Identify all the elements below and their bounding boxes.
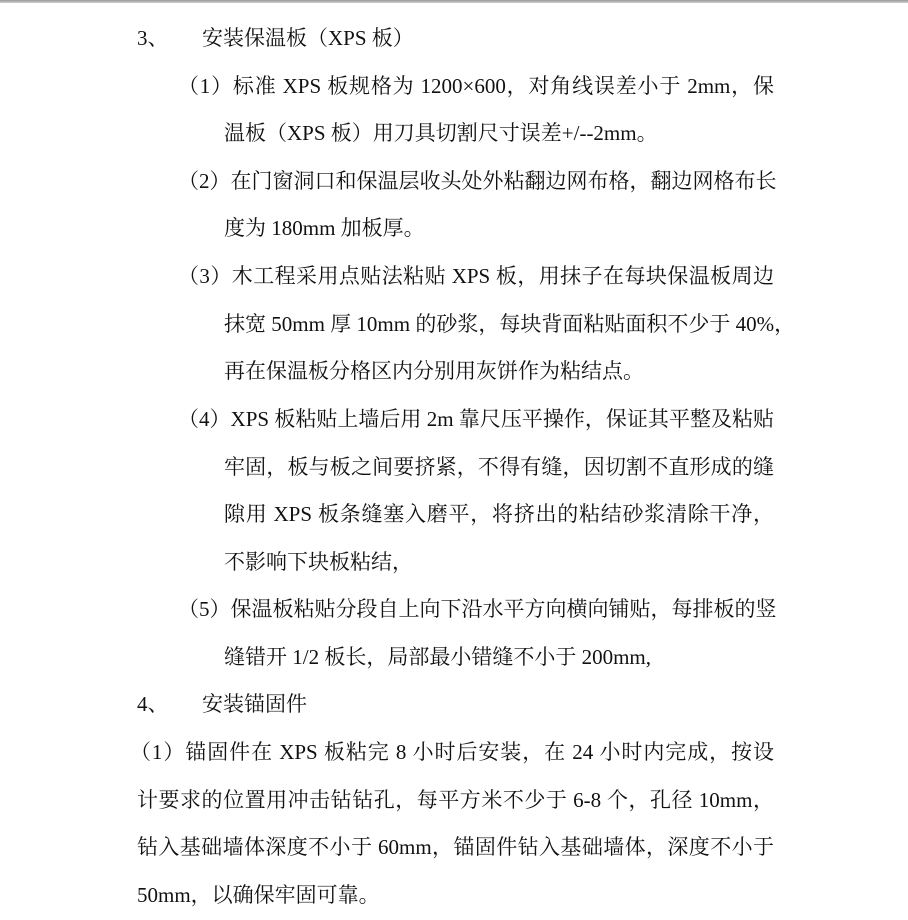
paragraph-line: （1）标准 XPS 板规格为 1200×600，对角线误差小于 2mm，保	[178, 74, 774, 98]
paragraph-line: 隙用 XPS 板条缝塞入磨平，将挤出的粘结砂浆清除干净，	[224, 502, 774, 526]
paragraph-line: （1）锚固件在 XPS 板粘完 8 小时后安装，在 24 小时内完成，按设	[130, 740, 774, 764]
paragraph-line: （2）在门窗洞口和保温层收头处外粘翻边网布格，翻边网格布长	[178, 169, 774, 193]
paragraph-line: 再在保温板分格区内分别用灰饼作为粘结点。	[224, 359, 644, 383]
paragraph-line: 不影响下块板粘结，	[224, 550, 413, 574]
section-3-title: 安装保温板（XPS 板）	[202, 26, 414, 50]
paragraph-line: 钻入基础墙体深度不小于 60mm，锚固件钻入基础墙体，深度不小于	[137, 835, 774, 859]
page-top-border	[0, 0, 908, 3]
paragraph-line: 缝错开 1/2 板长，局部最小错缝不小于 200mm,	[224, 645, 651, 669]
section-3-number: 3、	[137, 26, 169, 50]
paragraph-line: 温板（XPS 板）用刀具切割尺寸误差+/--2mm。	[224, 121, 658, 145]
paragraph-line: 计要求的位置用冲击钻钻孔，每平方米不少于 6-8 个，孔径 10mm，	[137, 788, 774, 812]
paragraph-line: 牢固，板与板之间要挤紧，不得有缝，因切割不直形成的缝	[224, 455, 774, 479]
paragraph-line: （4）XPS 板粘贴上墙后用 2m 靠尺压平操作，保证其平整及粘贴	[178, 407, 774, 431]
paragraph-line: 度为 180mm 加板厚。	[224, 216, 425, 240]
paragraph-line: （3）木工程采用点贴法粘贴 XPS 板，用抹子在每块保温板周边	[178, 264, 774, 288]
section-4-title: 安装锚固件	[202, 692, 307, 716]
paragraph-line: 抹宽 50mm 厚 10mm 的砂浆，每块背面粘贴面积不少于 40%，	[224, 312, 774, 336]
section-4-number: 4、	[137, 692, 169, 716]
paragraph-line: （5）保温板粘贴分段自上向下沿水平方向横向铺贴，每排板的竖	[178, 597, 774, 621]
paragraph-line: 50mm，以确保牢固可靠。	[137, 883, 380, 907]
